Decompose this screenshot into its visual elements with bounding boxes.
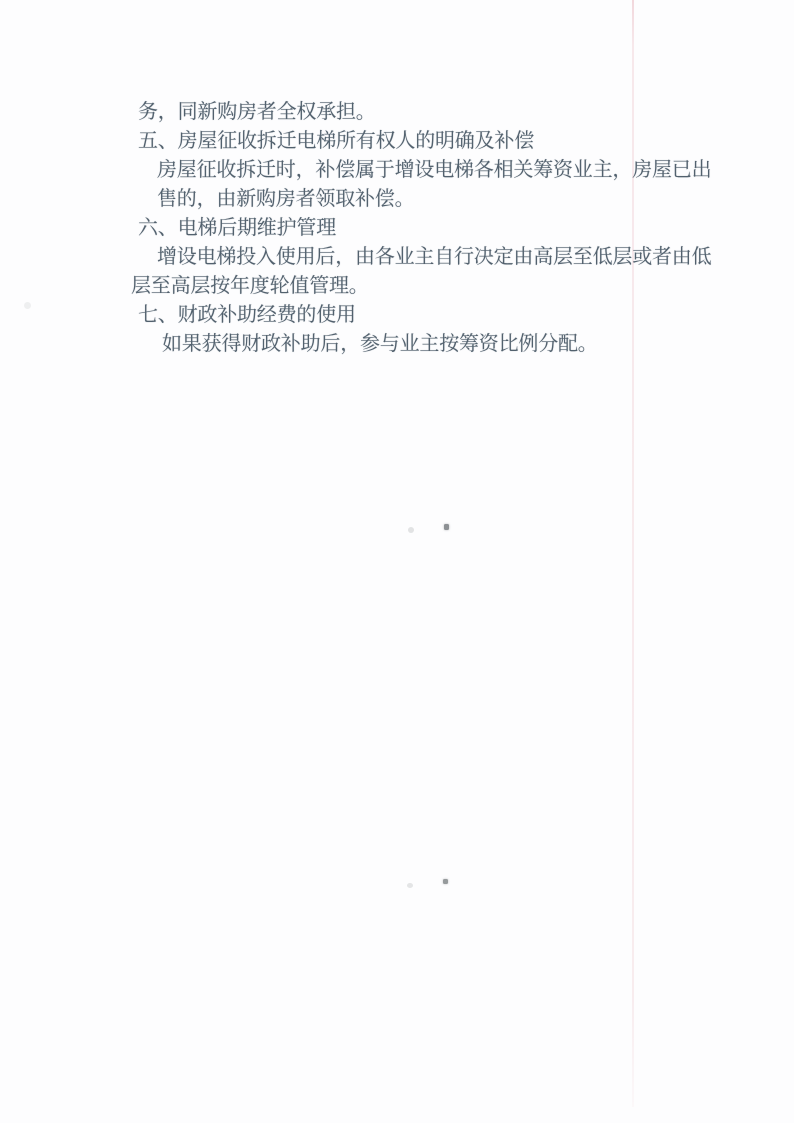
- document-text-block: 务，同新购房者全权承担。 五、房屋征收拆迁电梯所有权人的明确及补偿 房屋征收拆迁…: [0, 98, 794, 359]
- document-page: 务，同新购房者全权承担。 五、房屋征收拆迁电梯所有权人的明确及补偿 房屋征收拆迁…: [0, 0, 794, 1123]
- text-line-section-7: 七、财政补助经费的使用: [0, 301, 794, 330]
- text-line: 增设电梯投入使用后，由各业主自行决定由高层至低层或者由低: [0, 243, 794, 272]
- text-line: 如果获得财政补助后，参与业主按筹资比例分配。: [0, 330, 794, 359]
- text-line: 房屋征收拆迁时，补偿属于增设电梯各相关筹资业主，房屋已出: [0, 156, 794, 185]
- text-line: 务，同新购房者全权承担。: [0, 98, 794, 127]
- scan-speck: [24, 302, 31, 309]
- scan-speck: [443, 879, 448, 884]
- text-line-section-5: 五、房屋征收拆迁电梯所有权人的明确及补偿: [0, 127, 794, 156]
- text-line: 售的，由新购房者领取补偿。: [0, 185, 794, 214]
- scan-speck: [408, 527, 414, 533]
- text-line-section-6: 六、电梯后期维护管理: [0, 214, 794, 243]
- scan-speck: [444, 524, 449, 530]
- text-line: 层至高层按年度轮值管理。: [0, 272, 794, 301]
- scan-speck: [407, 883, 413, 888]
